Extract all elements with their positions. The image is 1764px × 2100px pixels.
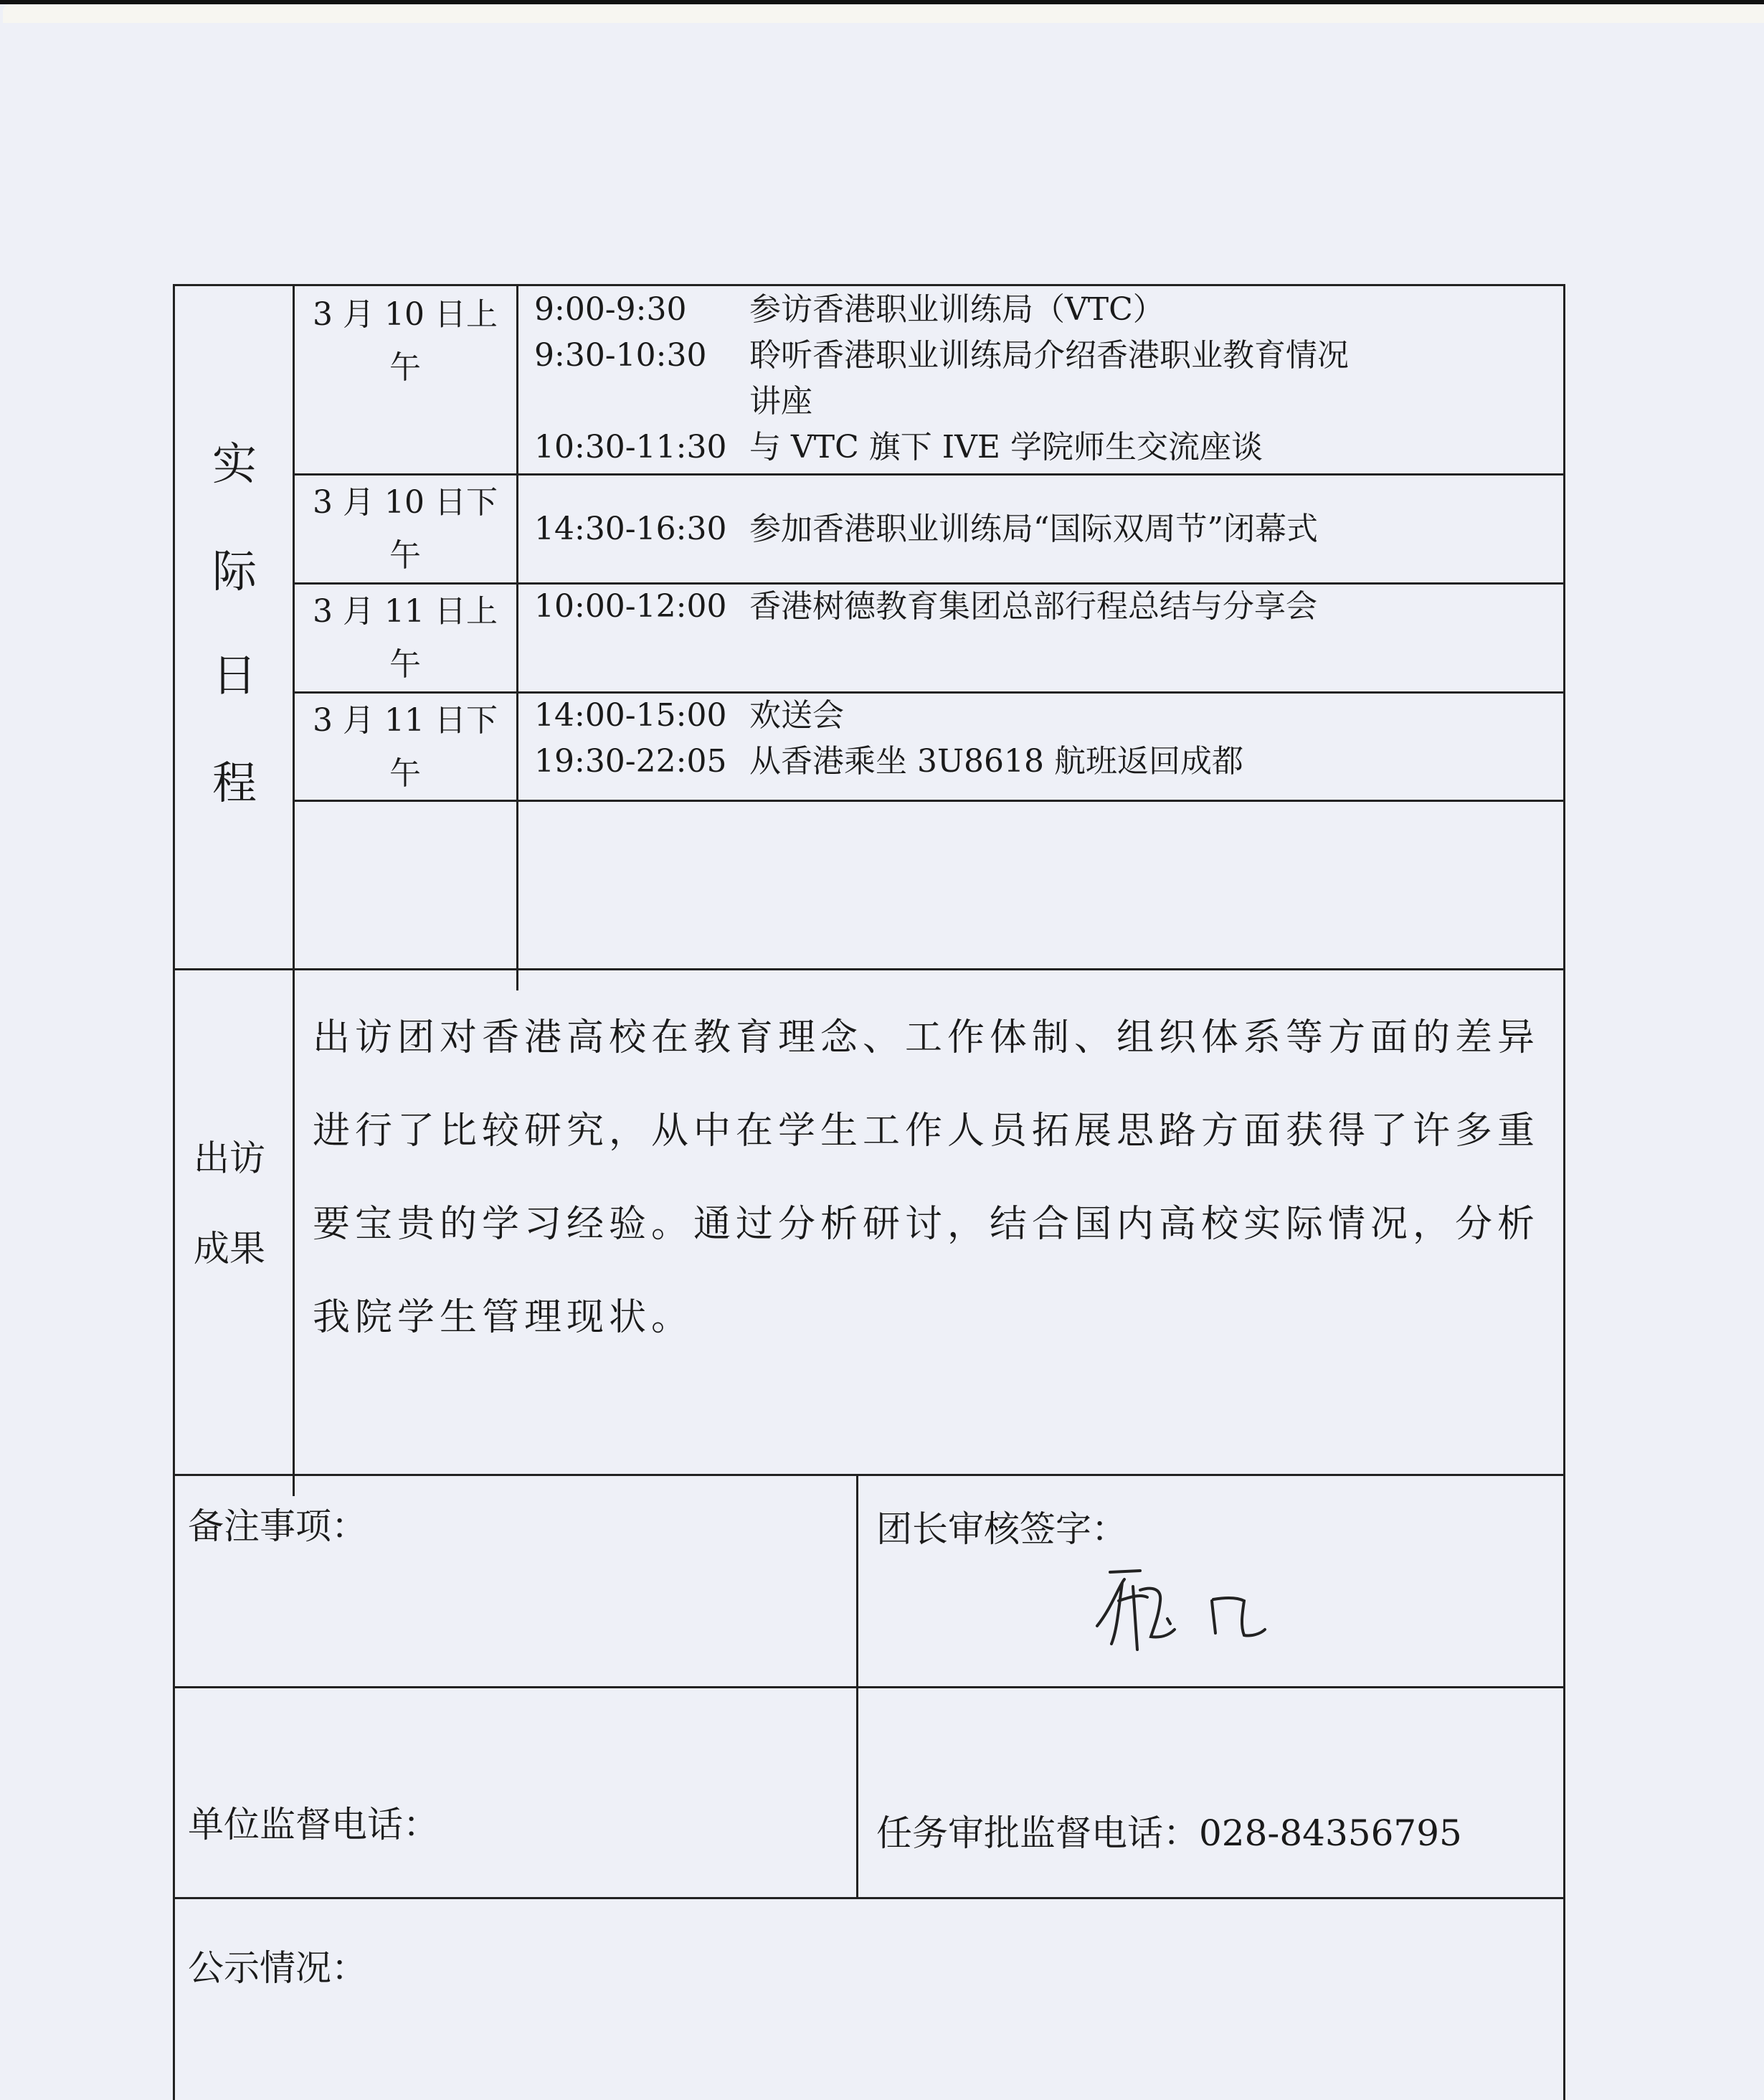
schedule-date: 3 月 10 日下 午 xyxy=(298,476,513,582)
schedule-items: 10:00-12:00香港树德教育集团总部行程总结与分享会 xyxy=(534,584,1317,630)
time: 10:00-12:00 xyxy=(534,584,749,630)
table-left-border xyxy=(173,284,175,2100)
activity: 香港树德教育集团总部行程总结与分享会 xyxy=(749,588,1317,625)
time: 19:30-22:05 xyxy=(534,739,749,785)
date-line: 3 月 10 日下 xyxy=(298,476,513,529)
schedule-items: 9:00-9:30参访香港职业训练局（VTC） 9:30-10:30聆听香港职业… xyxy=(534,287,1349,470)
schedule-label-char: 程 xyxy=(212,747,257,811)
activity: 欢送会 xyxy=(749,697,844,734)
schedule-date: 3 月 11 日上 午 xyxy=(298,585,513,691)
schedule-label-char: 实 xyxy=(212,428,257,492)
time: 9:30-10:30 xyxy=(534,333,749,379)
document-page: 实 际 日 程 3 月 10 日上 午 9:00-9:30参访香港职业训练局（V… xyxy=(0,23,1764,2100)
schedule-item: 14:00-15:00欢送会 xyxy=(534,693,1243,739)
schedule-items: 14:30-16:30参加香港职业训练局“国际双周节”闭幕式 xyxy=(534,506,1318,552)
date-line: 午 xyxy=(298,529,513,582)
handwritten-signature xyxy=(1090,1558,1327,1665)
date-line: 3 月 11 日上 xyxy=(298,585,513,638)
schedule-date: 3 月 10 日上 午 xyxy=(298,288,513,394)
time: 14:30-16:30 xyxy=(534,506,749,552)
table-right-border xyxy=(1563,284,1565,2100)
approval-phone-label: 任务审批监督电话： xyxy=(876,1812,1199,1854)
schedule-date: 3 月 11 日下 午 xyxy=(298,694,513,800)
unit-phone-label: 单位监督电话： xyxy=(188,1796,439,1848)
schedule-item: 9:30-10:30聆听香港职业训练局介绍香港职业教育情况 xyxy=(534,333,1349,379)
activity: 与 VTC 旗下 IVE 学院师生交流座谈 xyxy=(749,429,1263,465)
schedule-item: 10:00-12:00香港树德教育集团总部行程总结与分享会 xyxy=(534,584,1317,630)
date-line: 午 xyxy=(298,638,513,691)
section-divider xyxy=(173,1686,1565,1688)
schedule-item: 讲座 xyxy=(534,379,1349,425)
date-line: 3 月 11 日下 xyxy=(298,694,513,747)
schedule-label-char: 日 xyxy=(212,640,257,704)
paper-fold-strip xyxy=(3,4,1764,24)
schedule-item: 14:30-16:30参加香港职业训练局“国际双周节”闭幕式 xyxy=(534,506,1318,552)
middle-divider xyxy=(856,1474,858,1897)
schedule-label-char: 际 xyxy=(212,536,257,600)
section-divider xyxy=(173,968,1565,970)
activity: 聆听香港职业训练局介绍香港职业教育情况 xyxy=(749,337,1349,374)
date-column-divider xyxy=(516,284,518,990)
remarks-label: 备注事项： xyxy=(188,1498,367,1549)
date-line: 午 xyxy=(298,747,513,800)
date-line: 午 xyxy=(298,341,513,394)
row-divider xyxy=(293,473,1565,476)
time: 9:00-9:30 xyxy=(534,287,749,333)
schedule-item: 10:30-11:30与 VTC 旗下 IVE 学院师生交流座谈 xyxy=(534,425,1349,470)
results-label: 出访 成果 xyxy=(194,1113,265,1294)
activity: 讲座 xyxy=(749,383,812,420)
date-line: 3 月 10 日上 xyxy=(298,288,513,341)
activity: 参加香港职业训练局“国际双周节”闭幕式 xyxy=(749,511,1318,547)
results-text: 出访团对香港高校在教育理念、工作体制、组织体系等方面的差异进行了比较研究，从中在… xyxy=(313,991,1550,1364)
activity: 参访香港职业训练局（VTC） xyxy=(749,291,1165,328)
section-divider xyxy=(173,1474,1565,1476)
results-label-line: 出访 xyxy=(194,1113,265,1203)
results-label-line: 成果 xyxy=(194,1203,265,1294)
schedule-item: 9:00-9:30参访香港职业训练局（VTC） xyxy=(534,287,1349,333)
time: 14:00-15:00 xyxy=(534,693,749,739)
table-top-border xyxy=(173,284,1565,286)
leader-signature-label: 团长审核签字： xyxy=(876,1500,1127,1552)
activity: 从香港乘坐 3U8618 航班返回成都 xyxy=(749,743,1243,780)
schedule-item: 19:30-22:05从香港乘坐 3U8618 航班返回成都 xyxy=(534,739,1243,785)
section-divider xyxy=(173,1897,1565,1899)
publicity-label: 公示情况： xyxy=(188,1939,367,1991)
label-column-divider xyxy=(293,284,295,1496)
schedule-items: 14:00-15:00欢送会 19:30-22:05从香港乘坐 3U8618 航… xyxy=(534,693,1243,785)
approval-phone: 任务审批监督电话：028-84356795 xyxy=(876,1805,1462,1856)
approval-phone-value: 028-84356795 xyxy=(1199,1812,1462,1854)
time: 10:30-11:30 xyxy=(534,425,749,470)
